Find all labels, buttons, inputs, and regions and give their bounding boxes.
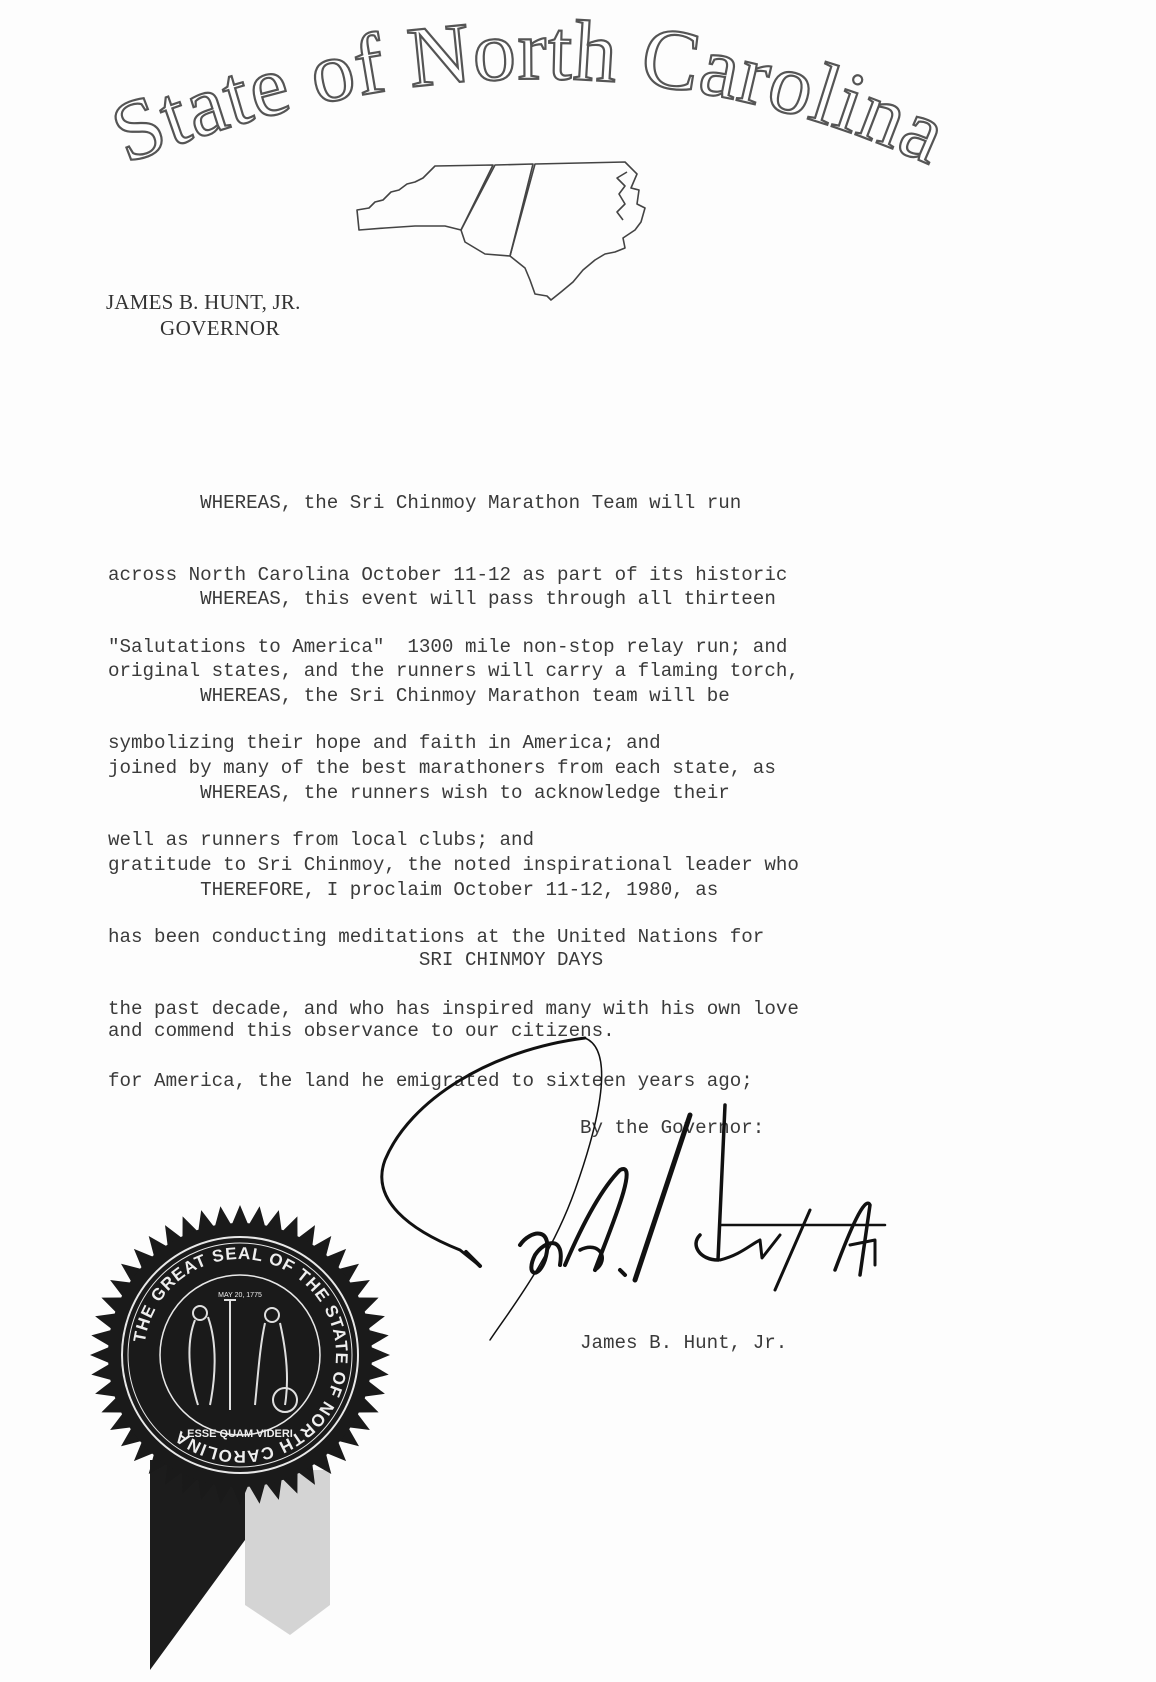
governor-signature xyxy=(370,1030,1120,1350)
therefore-line: THEREFORE, I proclaim October 11-12, 198… xyxy=(108,878,1008,902)
declared-days-name: SRI CHINMOY DAYS xyxy=(108,948,1008,972)
governor-name: JAMES B. HUNT, JR. xyxy=(106,290,301,315)
proclamation-page: State of North Carolina JAMES B. HUNT, J… xyxy=(0,0,1156,1682)
svg-text:ESSE QUAM VIDERI: ESSE QUAM VIDERI xyxy=(187,1428,293,1440)
svg-text:MAY 20, 1775: MAY 20, 1775 xyxy=(218,1292,262,1299)
governor-title: GOVERNOR xyxy=(160,316,280,341)
svg-text:State of North Carolina: State of North Carolina xyxy=(99,2,961,183)
north-carolina-map-icon xyxy=(355,160,715,305)
great-seal-icon: THE GREAT SEAL OF THE STATE OF NORTH CAR… xyxy=(80,1205,400,1675)
signed-name: James B. Hunt, Jr. xyxy=(580,1332,787,1354)
